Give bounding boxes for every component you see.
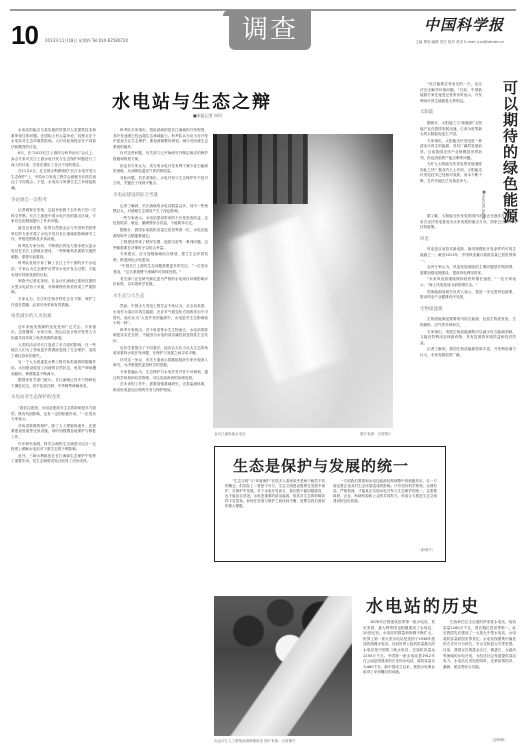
dam-spillway-photo — [213, 134, 393, 428]
paragraph: 记者了解到，长江流域的水电站数量众多，其中一些规模巨大，对流域生态格局产生了深远… — [113, 204, 208, 215]
subheading: 风电 — [420, 237, 516, 243]
paragraph: 专家普遍认为，生态保护与水电开发并非不可调和，通过科学规划和有效管理，可以实现两… — [113, 370, 208, 381]
editorial-signature: （张晴丹） — [418, 548, 436, 553]
paragraph: 对鱼类资源的保护，除了人工增殖放流外，还需要建设鱼道等过鱼设施，同时加强栖息地保… — [11, 424, 96, 441]
paragraph: 此外，三峡水利枢纽在长江流域生态保护中发挥了重要作用，其生态调度试验已取得了初步… — [11, 454, 96, 465]
paragraph: 科考队发现专家了解了长江上中下游的多个水电站，专家认为生态保护应贯穿水电开发全过… — [11, 261, 96, 278]
paragraph: 有关部门正在研究制定更为严格的水电项目环境影响评价标准，以实现科学发展。 — [113, 277, 208, 288]
water-spill — [225, 215, 351, 383]
paragraph: 最近记者获悉，世界自然基金会与中国科学院等单位的专家开展了水电开发对长江流域的影… — [11, 226, 96, 243]
paragraph: 据了解，太阳能光伏发电的国内市场正在逐步打开，分布式光伏发电将成为未来发展的重点… — [420, 214, 516, 231]
fish-release-photo — [214, 596, 352, 736]
history-signature: （彭科峰） — [490, 738, 508, 743]
paragraph: 在11月2日，在全国水利系统的“长江水电开发与生态保护”上，中国水力发电工程学会… — [11, 169, 96, 191]
masthead-info: 主编 策划 编辑 责任 校对 美术 E-mail: jrzx@stimes.cn — [415, 40, 504, 45]
paragraph: 针对这一争议，有关方面表示将继续组织专家开展深入研究，为决策提供更加科学的依据。 — [113, 358, 208, 369]
paragraph: 但也有专家认为，适当的水电开发有利于减少化石能源的消耗，从而降低温室气体的排放量… — [113, 164, 208, 175]
dam-structure — [213, 134, 308, 204]
paragraph: 记者调查后发现，这起争论源于去年秋天的一次科学考察。长江上游是中国水电开发的重点… — [11, 208, 96, 225]
paragraph: 国家能源局相关负责人表示，将进一步完善风电政策，推动风电产业健康有序发展。 — [420, 290, 516, 301]
paragraph: 为什么太阳能光伏发电的发展速度如此之快？据业内人士介绍，太阳能光伏发电技术已经相… — [420, 162, 482, 184]
editorial-column-1: “生态文明”与“环境保护”在很多人看来似乎是两个截然不同的概念，但实际上二者密不… — [225, 479, 325, 555]
paragraph: 科考队专家指出，招致诟病的是长江流域的开发程度，其开发速度已经远超生态承载能力。… — [113, 128, 208, 150]
subheading: 生物质能源 — [420, 307, 516, 313]
paragraph: “未来风电将继续保持较快的增长速度，”一位专家表示，“海上风电将成为新的增长点。… — [420, 277, 516, 288]
main-article-byline: ■本报记者 周珂 — [193, 113, 222, 119]
paragraph: 专家指出，发展生物质能源既可以减少化石能源消耗，又能有效利用农林废弃物，具有显著… — [420, 330, 516, 347]
paragraph: 业内专家认为，风电发展面临的主要问题是并网消纳，需要加强电网建设，提高风电利用效… — [420, 265, 516, 276]
subheading: 水电站对生态保护的改变 — [11, 395, 96, 401]
paragraph: 据统计，太阳能之父“新能源”太阳能产业在我国发展迅速，已成为世界最大的太阳能电池… — [420, 121, 482, 138]
paragraph: 生物质能源是重要的可再生能源，包括生物质发电、生物燃料、沼气等多种形式。 — [420, 317, 516, 328]
subheading: 争论源自一次科考 — [11, 198, 96, 204]
subheading: 太阳能 — [420, 110, 482, 116]
paragraph: 科考队专家分析，不断增长的电力需求使大量水电站在长江上游地区建设，一些珍稀鱼类面… — [11, 244, 96, 261]
history-column-1: 1878年法国建成世界第一座水电站，其后美国、意大利等国也相继建成了水电站。20… — [363, 620, 435, 742]
dam-photo-caption: 金沙江溪洛渡水电站 — [214, 432, 246, 437]
paragraph: 8月，在“2013长江上游综合科考论坛”会议上，参会专家对长江上游水电开发与生态… — [11, 151, 96, 168]
paragraph: 水电站的能否与其实施的效果对人类提供技术和重审视过的问题。在国际上有大量争论，其… — [11, 128, 96, 150]
paragraph: 针对这些问题，有关部门已开始研究并制定相应的保护措施和规划方案。 — [113, 151, 208, 162]
paragraph: 风电是目前技术最成熟、最具规模化开发条件的可再生能源之一。截至2013年，中国风… — [420, 247, 516, 264]
main-article-column-2: 科考队专家指出，招致诟病的是长江流域的开发程度，其开发速度已经远超生态承载能力。… — [113, 128, 208, 740]
paragraph: 近年来鱼类资源的变化受到广泛关注。专家指出，过度捕捞、水体污染、航运以及水电开发… — [11, 325, 96, 342]
subheading: 水生态与大生态 — [113, 294, 208, 300]
paragraph: 专家认为，长江的生物多样性正在下降，保护工作迫在眉睫，必须尽快采取有效措施。 — [11, 297, 96, 308]
paragraph: 1878年法国建成世界第一座水电站，其后美国、意大利等国也相继建成了水电站。20… — [363, 620, 435, 676]
paragraph: 许多研究表明，科学合理的生态调度可以在一定程度上缓解水电站对下游生态的不利影响。 — [11, 442, 96, 453]
editorial-title: 生态是保护与发展的统一 — [233, 455, 409, 476]
dam-photo-credit: 图片来源：百度图片 — [360, 432, 392, 437]
paragraph: “生态文明”与“环境保护”在很多人看来似乎是两个截然不同的概念，但实际上二者密不… — [225, 479, 325, 509]
fish-photo-caption: 向金沙江人工增殖放流珍稀鱼类 图片来源：百度图片 — [214, 739, 296, 744]
subheading: 鱼类减少的人为因素 — [11, 314, 96, 320]
subheading: 水电站建设的综合考量 — [113, 193, 208, 199]
masthead-logo: 中国科学报 — [424, 14, 504, 35]
paragraph: 在未来的工作中，需要加强基础研究，完善监测体系，推动形成更加合理的开发与保护格局… — [113, 382, 208, 393]
paragraph: 对此问题，有学者指出，水电开发与生态保护并不是对立的，关键在于找到平衡点。 — [113, 176, 208, 187]
paragraph: 然而，中国水力发电工程学会专家认为，从全局来看，水电作为清洁可再生能源，在应对气… — [113, 304, 208, 326]
page-number: 10 — [11, 20, 38, 51]
paragraph: 专家指出，太阳能光伏发电是一种清洁可再生的能源，具有广阔的发展前景。目前我国光伏… — [420, 139, 482, 161]
paragraph: 科考专家指出，对于鱼类等水生生物而言，水电站的影响是实实在在的，不能因为水电的清… — [113, 328, 208, 345]
paragraph: “化石能源总有用完的一天，也无法完全解决环境问题。”日前，中国新能源专家在接受记… — [420, 82, 482, 104]
paragraph: 据统计，我国水电装机容量已居世界第一位，水电在能源结构中占据重要地位。 — [113, 228, 208, 239]
paragraph: “中国长江上游的生态问题需要更多的关注，”一位受访者说，“这关系到整个流域的可持… — [113, 264, 208, 275]
side-article-column-lower: 据了解，太阳能光伏发电的国内市场正在逐步打开，分布式光伏发电将成为未来发展的重点… — [420, 214, 516, 548]
history-column-2: 巴西和巴拉圭合建的伊泰普水电站，装机容量1260万千瓦，曾长期位居世界第一。此后… — [443, 620, 516, 742]
paragraph: 据国家有关部门统计，长江流域已有多个物种处于濒危状态，其中包括白鲟、中华鲟等珍稀… — [11, 378, 96, 389]
paragraph: 调查中记者还发现，在金沙江流域已建和在建的大型水电站有十多座，对珍稀特有鱼类形成… — [11, 279, 96, 296]
paragraph: 工程建设带来了移民安置、地质灾害等一系列问题，这些都需要在决策时予以综合考量。 — [113, 240, 208, 251]
paragraph: 也有学者提出了不同看法，他们认为应当从大生态的角度来看待水电开发问题，在保护与发… — [113, 346, 208, 357]
side-article-title: 可以期待的绿色能源 — [500, 80, 518, 224]
paragraph: “我们注意到，水电站建设对生态的影响是多方面的，既有负面影响，也有一定的积极作用… — [11, 406, 96, 423]
paragraph: 另一个人为因素是水利工程对鱼类洄游的阻隔作用。大坝建设改变了河流的自然状态，鱼类… — [11, 360, 96, 377]
dateline: 2013年11月18日 星期四 Tel:010-62580720 — [45, 38, 128, 44]
history-article-title: 水电站的历史 — [366, 592, 480, 617]
paragraph: 记者了解到，我国生物质能源资源丰富，开发利用潜力巨大，未来发展前景广阔。 — [420, 347, 516, 358]
paragraph: 巴西和巴拉圭合建的伊泰普水电站，装机容量1260万千瓦，曾长期位居世界第一。此后… — [443, 620, 516, 670]
section-tab: 调查 — [229, 10, 311, 50]
main-article-title: 水电站与生态之辩 — [112, 88, 272, 114]
paragraph: 人类的活动对长江造成了多方面的影响，在一些地区人们为了获取更多资源而忽视了生态保… — [11, 343, 96, 360]
editorial-box: 生态是保护与发展的统一 “生态文明”与“环境保护”在很多人看来似乎是两个截然不同… — [214, 446, 446, 562]
main-article-column-1: 水电站的能否与其实施的效果对人类提供技术和重审视过的问题。在国际上有大量争论，其… — [11, 128, 96, 740]
paragraph: 专家建议，应当加强流域综合规划，建立生态补偿机制，推进绿色水电建设。 — [113, 252, 208, 263]
paragraph: 一些专家表示，水电站建设带来的不仅是发电收益，还包括防洪、航运、灌溉等综合效益，… — [113, 216, 208, 227]
